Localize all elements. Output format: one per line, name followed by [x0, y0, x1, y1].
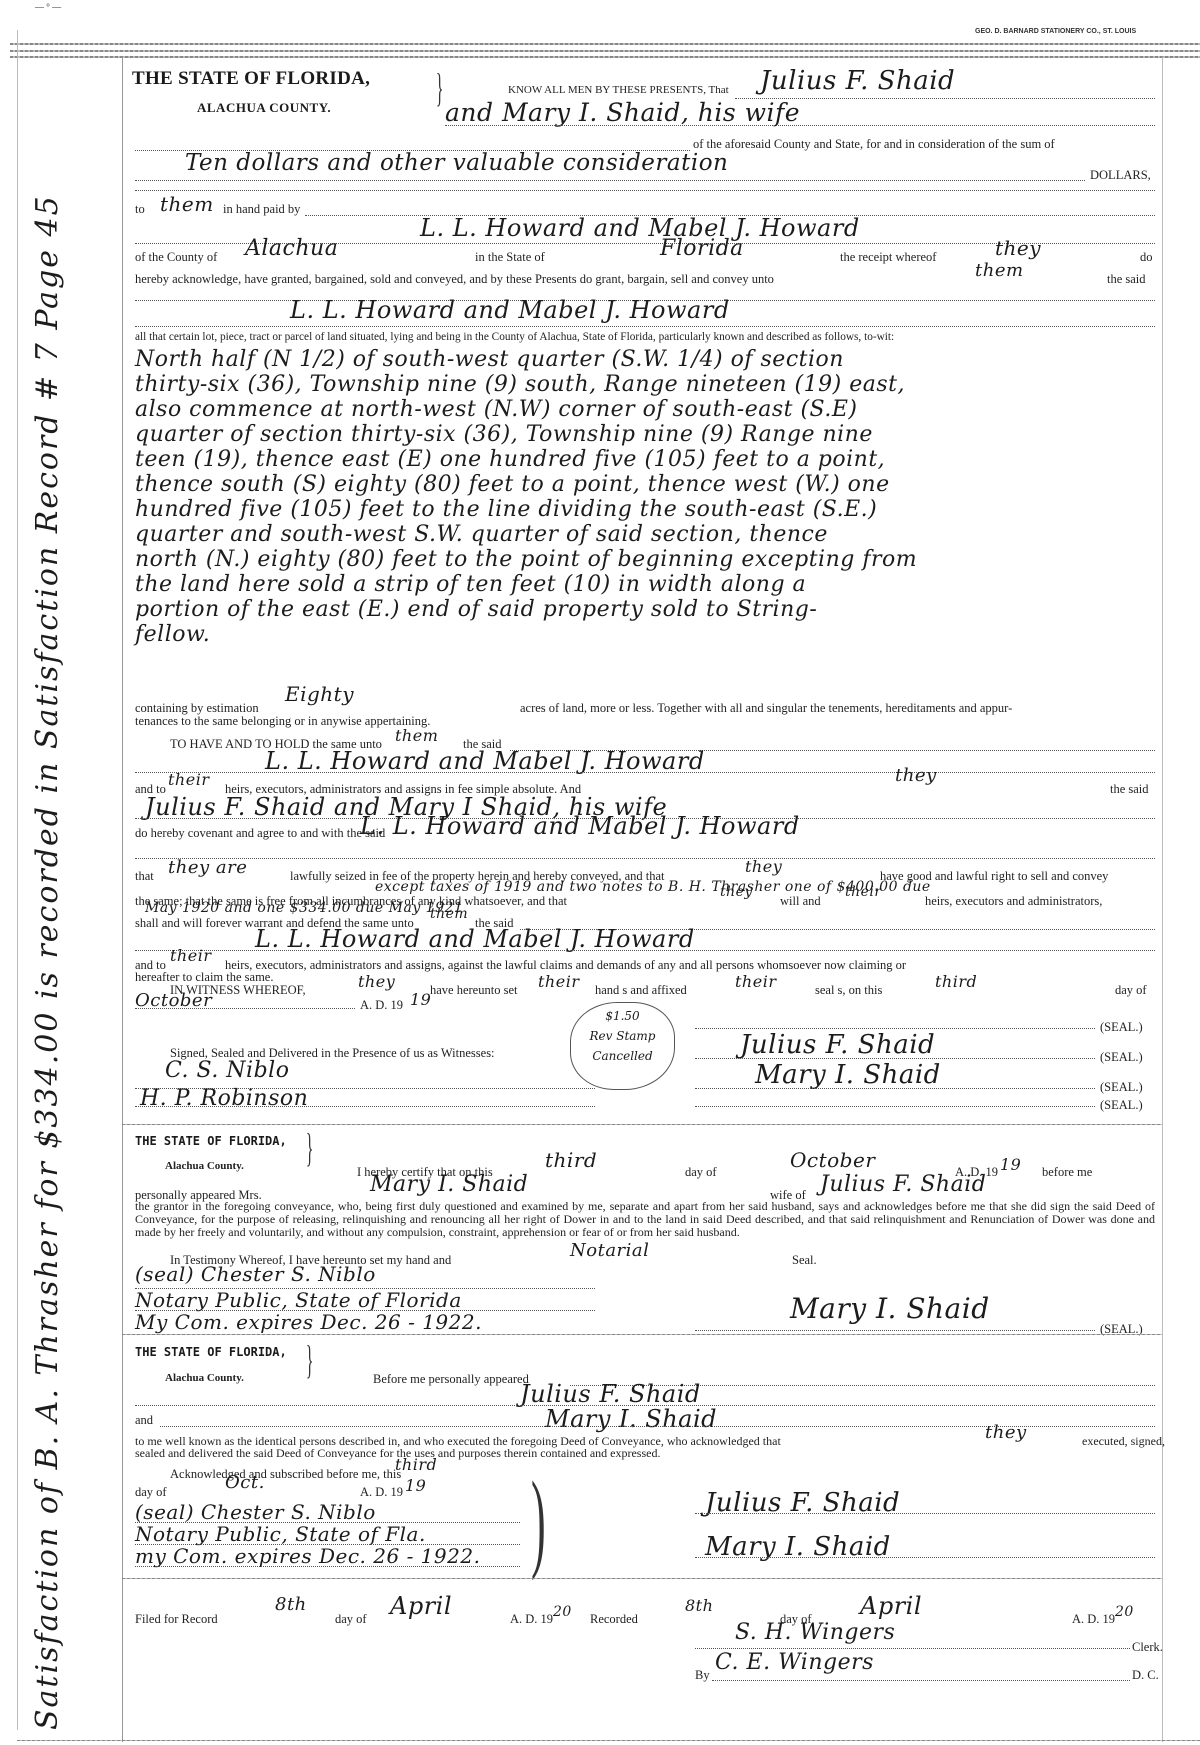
notary-1-line2: Notary Public, State of Florida: [135, 1288, 462, 1312]
seal-2: (SEAL.): [1100, 1050, 1143, 1065]
top-rule: [10, 43, 1200, 45]
the-said-label: the said: [1107, 272, 1146, 287]
seals-on-this: seal s, on this: [815, 983, 882, 998]
covenant-grantees: L. L. Howard and Mabel J. Howard: [360, 812, 800, 840]
receipt-value: they: [995, 236, 1041, 260]
clerk-signature: S. H. Wingers: [735, 1620, 895, 1645]
will-value: their: [845, 884, 882, 900]
legal-line: north (N.) eighty (80) feet to the point…: [135, 547, 1155, 572]
ack-day-of: day of: [135, 1485, 167, 1500]
dollars-label: DOLLARS,: [1090, 168, 1151, 183]
acknowledge-text: hereby acknowledge, have granted, bargai…: [135, 272, 774, 287]
legal-line: North half (N 1/2) of south-west quarter…: [135, 347, 1155, 372]
legal-line: hundred five (105) feet to the line divi…: [135, 497, 1155, 522]
revenue-stamp-note: $1.50 Rev Stamp Cancelled: [570, 1002, 675, 1090]
filed-month: April: [390, 1592, 452, 1620]
convey-unto-value: them: [975, 260, 1024, 281]
dower-month-value: October: [790, 1148, 875, 1172]
seal-word: Seal.: [792, 1253, 817, 1268]
testimony-value: Notarial: [570, 1240, 649, 1261]
right-border: [1162, 57, 1163, 1742]
exception-line2: May 1920 and one $334.00 due May 1921: [145, 900, 463, 916]
before-me-appeared: Before me personally appeared: [373, 1372, 529, 1387]
seized-value: they: [745, 857, 782, 876]
day-value: third: [935, 972, 977, 991]
ack-year-value: 19: [405, 1476, 426, 1495]
section-divider: [122, 1578, 1162, 1579]
signature-mary: Mary I. Shaid: [755, 1060, 941, 1090]
legal-description: North half (N 1/2) of south-west quarter…: [135, 347, 1155, 647]
affixed-value: their: [735, 972, 776, 991]
notary-2-line1: (seal) Chester S. Niblo: [135, 1500, 376, 1524]
witness-value: they: [358, 972, 395, 991]
line: [135, 326, 1155, 327]
brace: }: [306, 1340, 314, 1380]
legal-line: teen (19), thence east (E) one hundred f…: [135, 447, 1155, 472]
ack-month-value: Oct.: [225, 1472, 265, 1493]
dower-day-value: third: [545, 1148, 597, 1172]
ad-label: A. D. 19: [360, 998, 403, 1013]
line: [695, 1058, 1095, 1059]
line: [712, 1680, 1130, 1681]
stamp-cancelled: Cancelled: [571, 1049, 674, 1063]
hereunto-value: their: [538, 972, 579, 991]
grantees-name-3: L. L. Howard and Mabel J. Howard: [265, 747, 705, 775]
brace: ): [531, 1465, 546, 1575]
line: [695, 1106, 1095, 1107]
seal-3: (SEAL.): [1100, 1080, 1143, 1095]
acres-text: acres of land, more or less. Together wi…: [520, 701, 1012, 716]
brace: }: [436, 68, 444, 108]
outer-left-border: [17, 30, 18, 1730]
recorded-ad-label: A. D. 19: [1072, 1612, 1115, 1627]
recorded-month: April: [860, 1592, 922, 1620]
hereunto-set: have hereunto set: [430, 983, 517, 998]
in-hand-paid-by: in hand paid by: [223, 202, 300, 217]
appeared-value: Mary I. Shaid: [370, 1172, 528, 1197]
line: [135, 190, 1155, 191]
line: [135, 858, 1155, 859]
will-and: will and: [780, 894, 821, 909]
line: [695, 1648, 1130, 1649]
state-value: Florida: [660, 236, 744, 261]
acres-value: Eighty: [285, 682, 354, 706]
the-said-2: the said: [1110, 782, 1149, 797]
recorded-label: Recorded: [590, 1612, 638, 1627]
top-left-mark: — ° —: [35, 2, 61, 12]
state-title: THE STATE OF FLORIDA,: [132, 68, 370, 90]
ack-body-1-end: executed, signed,: [1082, 1435, 1165, 1448]
legal-line: quarter of section thirty-six (36), Town…: [135, 422, 1155, 447]
bottom-rule: [17, 1740, 1200, 1741]
line: [135, 1008, 355, 1009]
subscribed-label: Acknowledged and subscribed before me, t…: [170, 1467, 401, 1482]
filed-year: 20: [553, 1604, 572, 1620]
printer-imprint: GEO. D. BARNARD STATIONERY CO., ST. LOUI…: [975, 28, 1136, 35]
line: [445, 125, 1155, 126]
warrant-value: them: [430, 906, 468, 922]
witness-1-signature: C. S. Niblo: [165, 1058, 289, 1083]
line: [135, 1106, 595, 1107]
grantors-line1: Julius F. Shaid: [760, 66, 955, 96]
ack-they-value: they: [985, 1422, 1027, 1443]
grantees-name-4: L. L. Howard and Mabel J. Howard: [255, 925, 695, 953]
ack-and-label: and: [135, 1413, 153, 1428]
line: [695, 1028, 1095, 1029]
dower-day-of: day of: [685, 1165, 717, 1180]
notary-2-line2: Notary Public, State of Fla.: [135, 1522, 426, 1546]
line: [135, 772, 1155, 773]
top-rule-3: [10, 56, 1200, 58]
wife-of-value: Julius F. Shaid: [820, 1172, 986, 1197]
notary-2-line3: my Com. expires Dec. 26 - 1922.: [135, 1544, 480, 1568]
top-rule-2: [10, 50, 1200, 52]
all-that-text: all that certain lot, piece, tract or pa…: [135, 331, 894, 343]
notary-1-line3: My Com. expires Dec. 26 - 1922.: [135, 1310, 482, 1334]
ack-ad-label: A. D. 19: [360, 1485, 403, 1500]
heirs-admin: heirs, executors and administrators,: [925, 894, 1102, 909]
filed-day-of: day of: [335, 1612, 367, 1627]
legal-line: thence south (S) eighty (80) feet to a p…: [135, 472, 1155, 497]
of-county-label: of the County of: [135, 250, 217, 265]
habendum-value: them: [395, 726, 438, 745]
that-label: that: [135, 869, 154, 884]
seal-1: (SEAL.): [1100, 1020, 1143, 1035]
dower-county-title: Alachua County.: [165, 1160, 244, 1172]
and-to-2-value: their: [170, 946, 211, 965]
seal-4: (SEAL.): [1100, 1098, 1143, 1113]
stamp-text: Rev Stamp: [571, 1029, 674, 1043]
by-label: By: [695, 1668, 710, 1683]
that-value: they are: [168, 857, 247, 878]
stamp-amount: $1.50: [571, 1009, 674, 1023]
do-label: do: [1140, 250, 1153, 265]
to-value: them: [160, 192, 214, 216]
brace: }: [306, 1128, 314, 1168]
recorded-year: 20: [1115, 1604, 1134, 1620]
dower-year-value: 19: [1000, 1155, 1021, 1174]
subscribed-day: third: [395, 1455, 437, 1474]
claims-text: heirs, executors, administrators and ass…: [225, 958, 906, 973]
notary-1-line1: (seal) Chester S. Niblo: [135, 1262, 376, 1286]
legal-line: fellow.: [135, 622, 1155, 647]
legal-line: the land here sold a strip of ten feet (…: [135, 572, 1155, 597]
grantees-name: L. L. Howard and Mabel J. Howard: [420, 214, 860, 242]
consideration-value: Ten dollars and other valuable considera…: [185, 150, 728, 176]
county-title: ALACHUA COUNTY.: [197, 100, 331, 116]
legal-line: also commence at north-west (N.W) corner…: [135, 397, 1155, 422]
margin-satisfaction-note: Satisfaction of B. A. Thrasher for $334.…: [30, 194, 65, 1730]
deputy-signature: C. E. Wingers: [715, 1650, 874, 1675]
dower-body: the grantor in the foregoing conveyance,…: [135, 1200, 1155, 1239]
legal-line: portion of the east (E.) end of said pro…: [135, 597, 1155, 622]
covenant-label: do hereby covenant and agree to and with…: [135, 826, 385, 841]
filed-ad-label: A. D. 19: [510, 1612, 553, 1627]
before-me: before me: [1042, 1165, 1092, 1180]
acres-text-2: tenances to the same belonging or in any…: [135, 714, 430, 729]
hand-affixed: hand s and affixed: [595, 983, 687, 998]
ack-person-2: Mary I. Shaid: [545, 1405, 717, 1433]
in-state-label: in the State of: [475, 250, 545, 265]
line: [695, 1513, 1155, 1514]
inner-left-border: [122, 57, 123, 1742]
line: [135, 950, 1155, 951]
year-value: 19: [410, 990, 431, 1009]
line: [135, 1566, 520, 1567]
of-aforesaid-text: of the aforesaid County and State, for a…: [693, 137, 1055, 152]
know-all-men: KNOW ALL MEN BY THESE PRESENTS, That: [508, 84, 729, 96]
dower-signature: Mary I. Shaid: [790, 1292, 990, 1325]
legal-line: thirty-six (36), Township nine (9) south…: [135, 372, 1155, 397]
filed-day: 8th: [275, 1594, 307, 1615]
line: [695, 1557, 1155, 1558]
filed-label: Filed for Record: [135, 1612, 218, 1627]
line: [135, 180, 1085, 181]
grantees-name-2: L. L. Howard and Mabel J. Howard: [290, 296, 730, 324]
clerk-label: Clerk.: [1132, 1640, 1163, 1655]
grantors-line2: and Mary I. Shaid, his wife: [445, 98, 800, 127]
section-divider: [122, 1124, 1162, 1125]
signature-julius: Julius F. Shaid: [740, 1030, 935, 1060]
free-value: they: [720, 884, 753, 900]
and-value: they: [895, 765, 937, 786]
to-label: to: [135, 202, 145, 217]
recorded-day: 8th: [685, 1596, 713, 1615]
deputy-label: D. C.: [1132, 1668, 1159, 1683]
line: [695, 1330, 1095, 1331]
and-to-value: their: [168, 770, 209, 789]
dower-state-title: THE STATE OF FLORIDA,: [135, 1134, 287, 1148]
ack-county-title: Alachua County.: [165, 1372, 244, 1384]
ack-person-1: Julius F. Shaid: [520, 1380, 701, 1408]
ack-state-title: THE STATE OF FLORIDA,: [135, 1345, 287, 1359]
witness-2-signature: H. P. Robinson: [140, 1086, 308, 1111]
receipt-label: the receipt whereof: [840, 250, 936, 265]
legal-line: quarter and south-west S.W. quarter of s…: [135, 522, 1155, 547]
section-divider: [122, 1334, 1162, 1335]
day-of-label: day of: [1115, 983, 1147, 998]
line: [695, 1088, 1095, 1089]
county-value: Alachua: [245, 236, 338, 261]
